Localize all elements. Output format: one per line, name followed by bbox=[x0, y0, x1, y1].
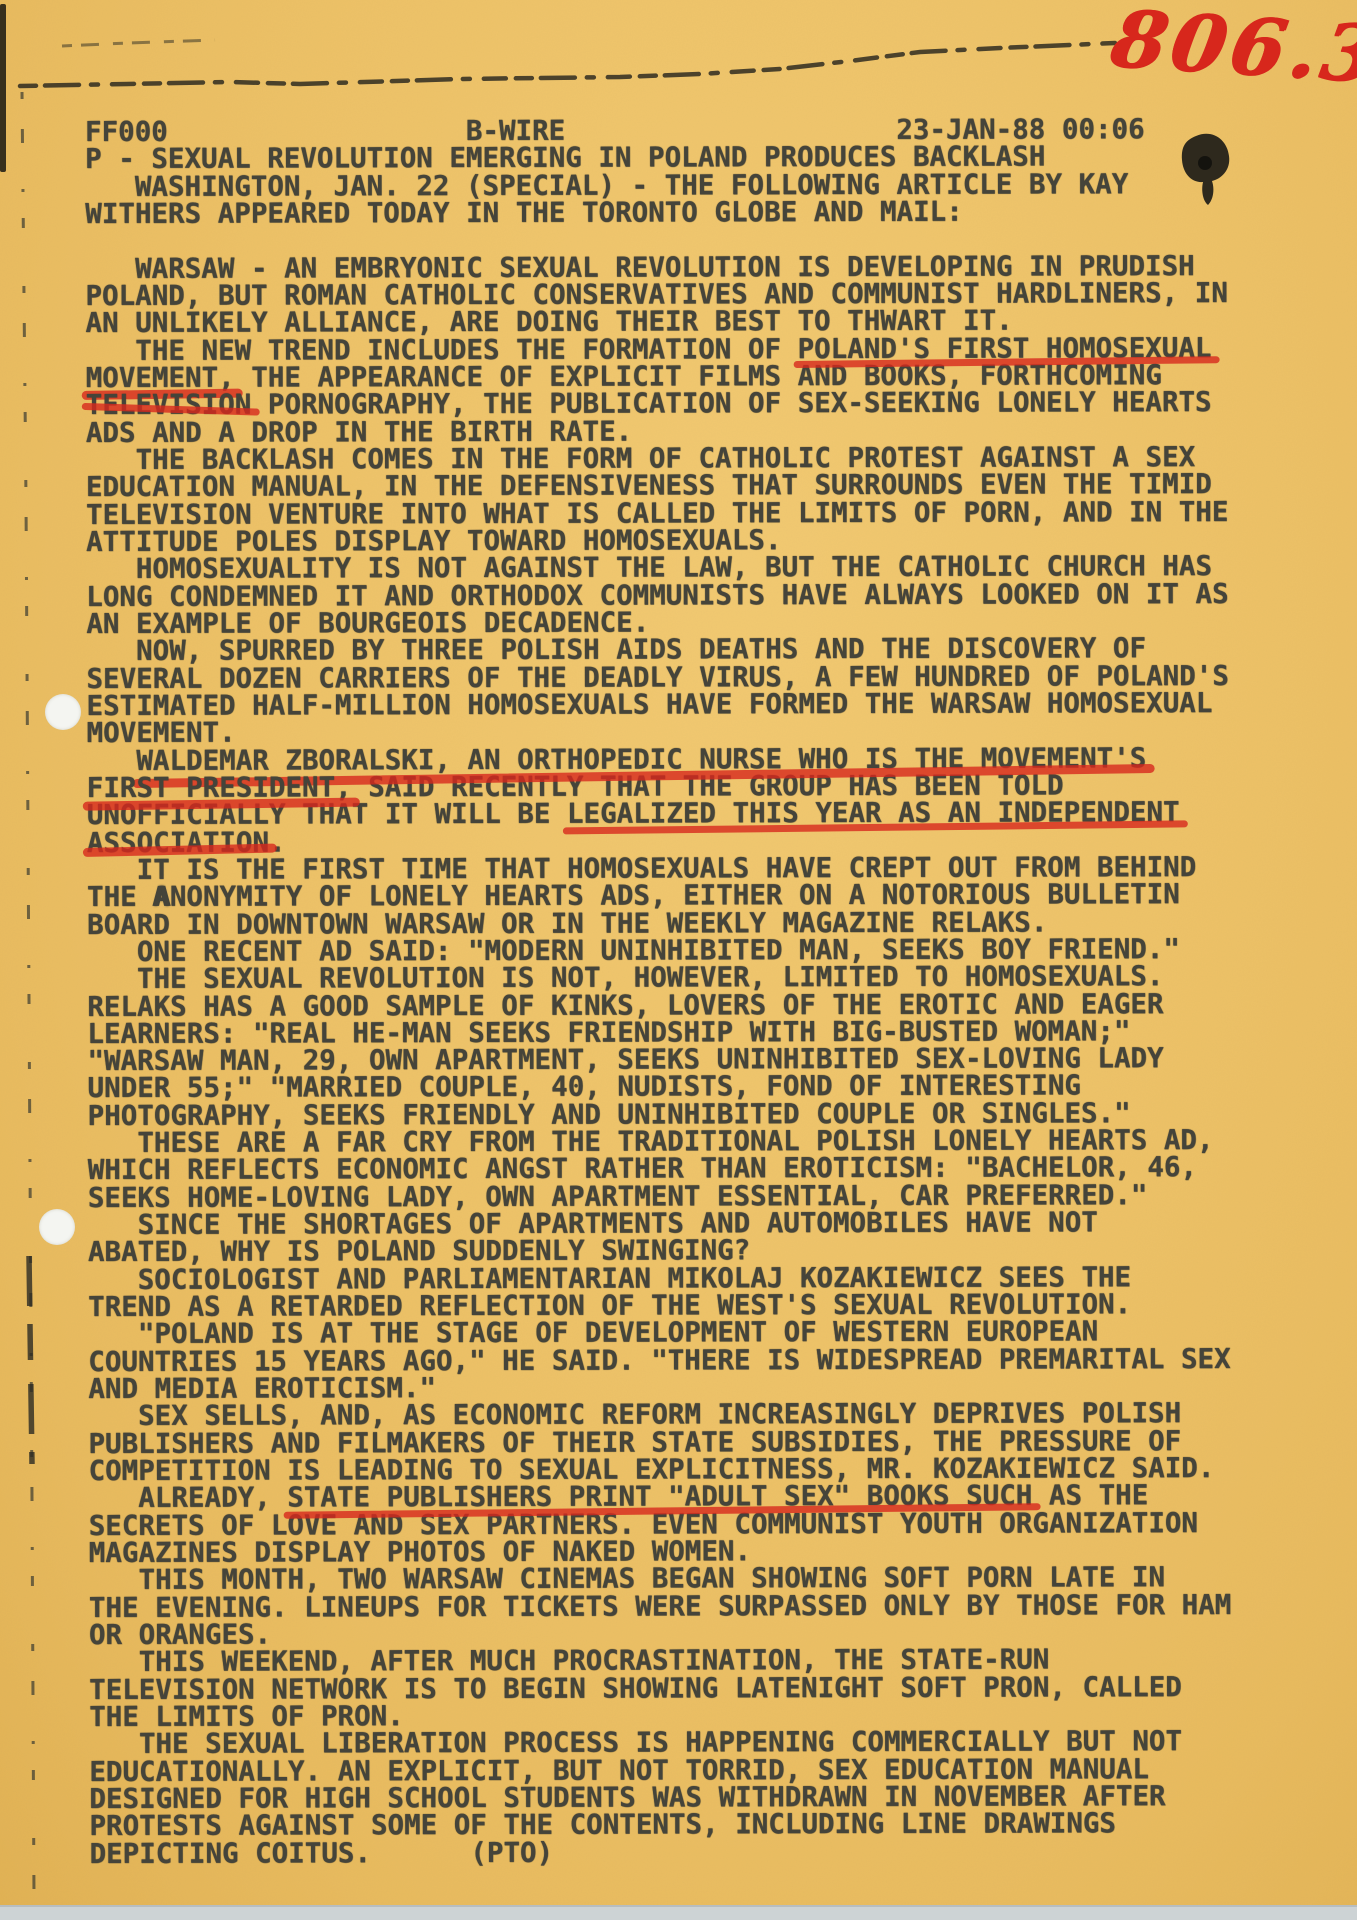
red-struck-text: ASSOCIATION bbox=[87, 829, 269, 857]
document-line: DEPICTING COITUS. (PTO) bbox=[90, 1838, 1232, 1868]
document-line: UNOFFICIALLY THAT IT WILL BE LEGALIZED T… bbox=[87, 799, 1229, 829]
text-segment: ESTIMATED HALF-MILLION HOMOSEXUALS HAVE … bbox=[86, 687, 1212, 722]
handwritten-number: 806.36 bbox=[1105, 0, 1357, 97]
document-text: FF000 B-WIRE 23-JAN-88 00:06P - SEXUAL R… bbox=[85, 116, 1232, 1868]
text-segment: DEPICTING COITUS. (PTO) bbox=[89, 1836, 553, 1869]
red-underlined-text: FIRST PRESIDENT, bbox=[87, 774, 352, 802]
hole-punch-top bbox=[45, 694, 81, 730]
red-underlined-text: LEGALIZED THIS YEAR AS AN INDEPENDENT bbox=[567, 799, 1180, 828]
scanned-page: 806.36 FF000 B-WIRE 23-JAN-88 00:06P - S… bbox=[0, 0, 1357, 1920]
document-line: TELEVISION PORNOGRAPHY, THE PUBLICATION … bbox=[86, 389, 1228, 419]
hole-punch-bottom bbox=[39, 1209, 75, 1245]
text-segment: WITHERS APPEARED TODAY IN THE TORONTO GL… bbox=[85, 196, 963, 230]
scanner-bed-edge bbox=[0, 1905, 1357, 1920]
red-struck-text: TELEVISION bbox=[86, 392, 252, 420]
document-line: ESTIMATED HALF-MILLION HOMOSEXUALS HAVE … bbox=[87, 690, 1229, 720]
red-underlined-text: STATE PUBLISHERS PRINT "ADULT SEX" BOOKS… bbox=[287, 1483, 1032, 1512]
document-line: THE EVENING. LINEUPS FOR TICKETS WERE SU… bbox=[89, 1592, 1231, 1622]
scan-artifact-corner-sliver bbox=[0, 4, 6, 172]
red-underlined-text: POLAND'S FIRST HOMOSEXUAL bbox=[798, 335, 1212, 363]
document-line: COUNTRIES 15 YEARS AGO," HE SAID. "THERE… bbox=[88, 1346, 1230, 1376]
document-line: PROTESTS AGAINST SOME OF THE CONTENTS, I… bbox=[89, 1810, 1231, 1840]
red-underlined-text: WALDEMAR ZBORALSKI, AN ORTHOPEDIC NURSE … bbox=[136, 745, 1146, 775]
document-line: WITHERS APPEARED TODAY IN THE TORONTO GL… bbox=[85, 198, 1227, 228]
document-line: TELEVISION NETWORK IS TO BEGIN SHOWING L… bbox=[89, 1674, 1231, 1704]
document-line: LONG CONDEMNED IT AND ORTHODOX COMMUNIST… bbox=[86, 581, 1228, 611]
document-line: WALDEMAR ZBORALSKI, AN ORTHOPEDIC NURSE … bbox=[87, 745, 1229, 775]
